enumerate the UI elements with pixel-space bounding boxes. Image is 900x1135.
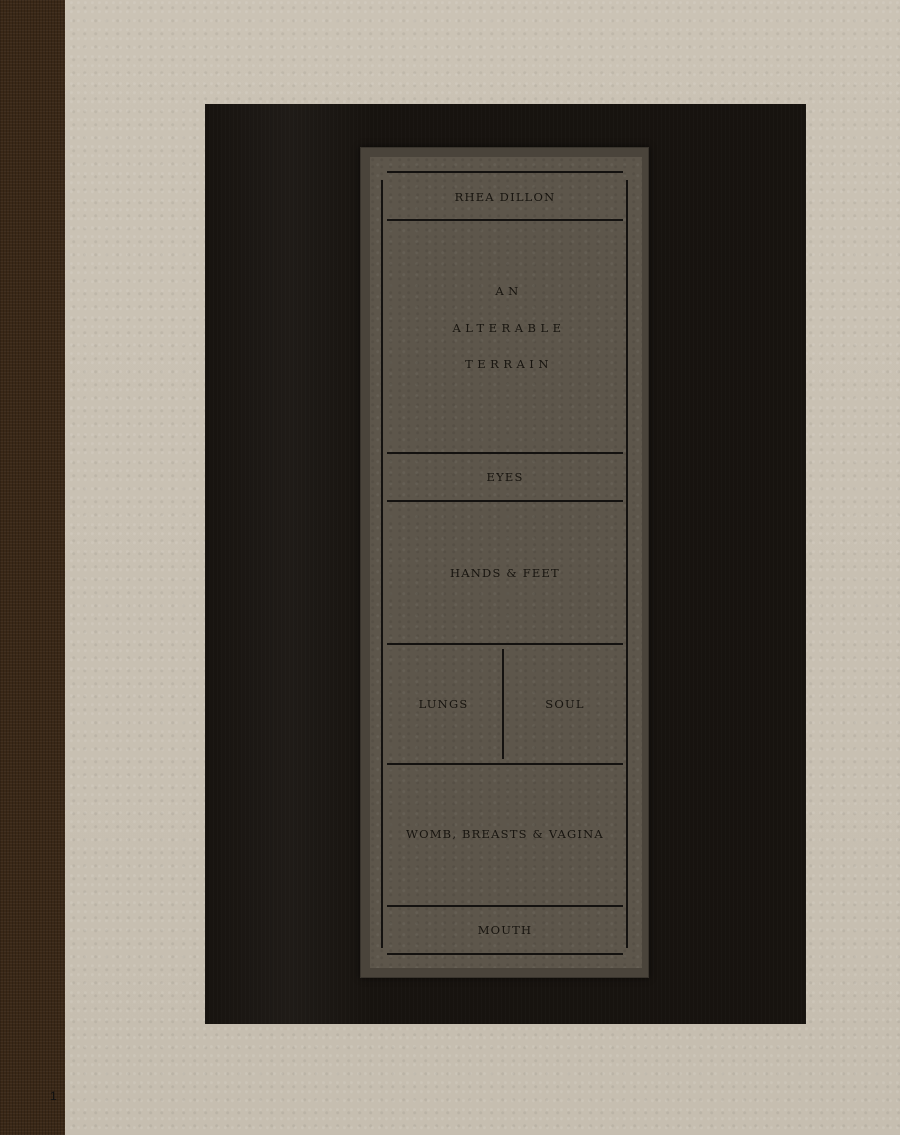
- section-eyes: EYES: [387, 470, 623, 484]
- label-left-rule: [381, 180, 383, 948]
- page-number: 1: [50, 1089, 57, 1103]
- rule-below-title: [387, 452, 623, 454]
- section-mouth: MOUTH: [387, 923, 623, 937]
- rule-below-womb: [387, 905, 623, 907]
- title-line-3: TERRAIN: [387, 357, 627, 371]
- section-hands-feet: HANDS & FEET: [387, 566, 623, 580]
- section-soul: SOUL: [507, 697, 623, 711]
- rule-below-lungs-soul: [387, 763, 623, 765]
- lungs-soul-divider: [502, 649, 504, 759]
- title-line-2: ALTERABLE: [387, 321, 627, 335]
- rule-below-author: [387, 219, 623, 221]
- title-line-1: AN: [387, 284, 627, 298]
- rule-top: [387, 171, 623, 173]
- author-name: RHEA DILLON: [387, 190, 623, 204]
- section-womb-breasts-vagina: WOMB, BREASTS & VAGINA: [387, 827, 623, 841]
- section-lungs: LUNGS: [387, 697, 500, 711]
- rule-below-eyes: [387, 500, 623, 502]
- rule-bottom: [387, 953, 623, 955]
- rule-below-hands-feet: [387, 643, 623, 645]
- book-spine-strip: [0, 0, 65, 1135]
- cover-label: [370, 157, 642, 968]
